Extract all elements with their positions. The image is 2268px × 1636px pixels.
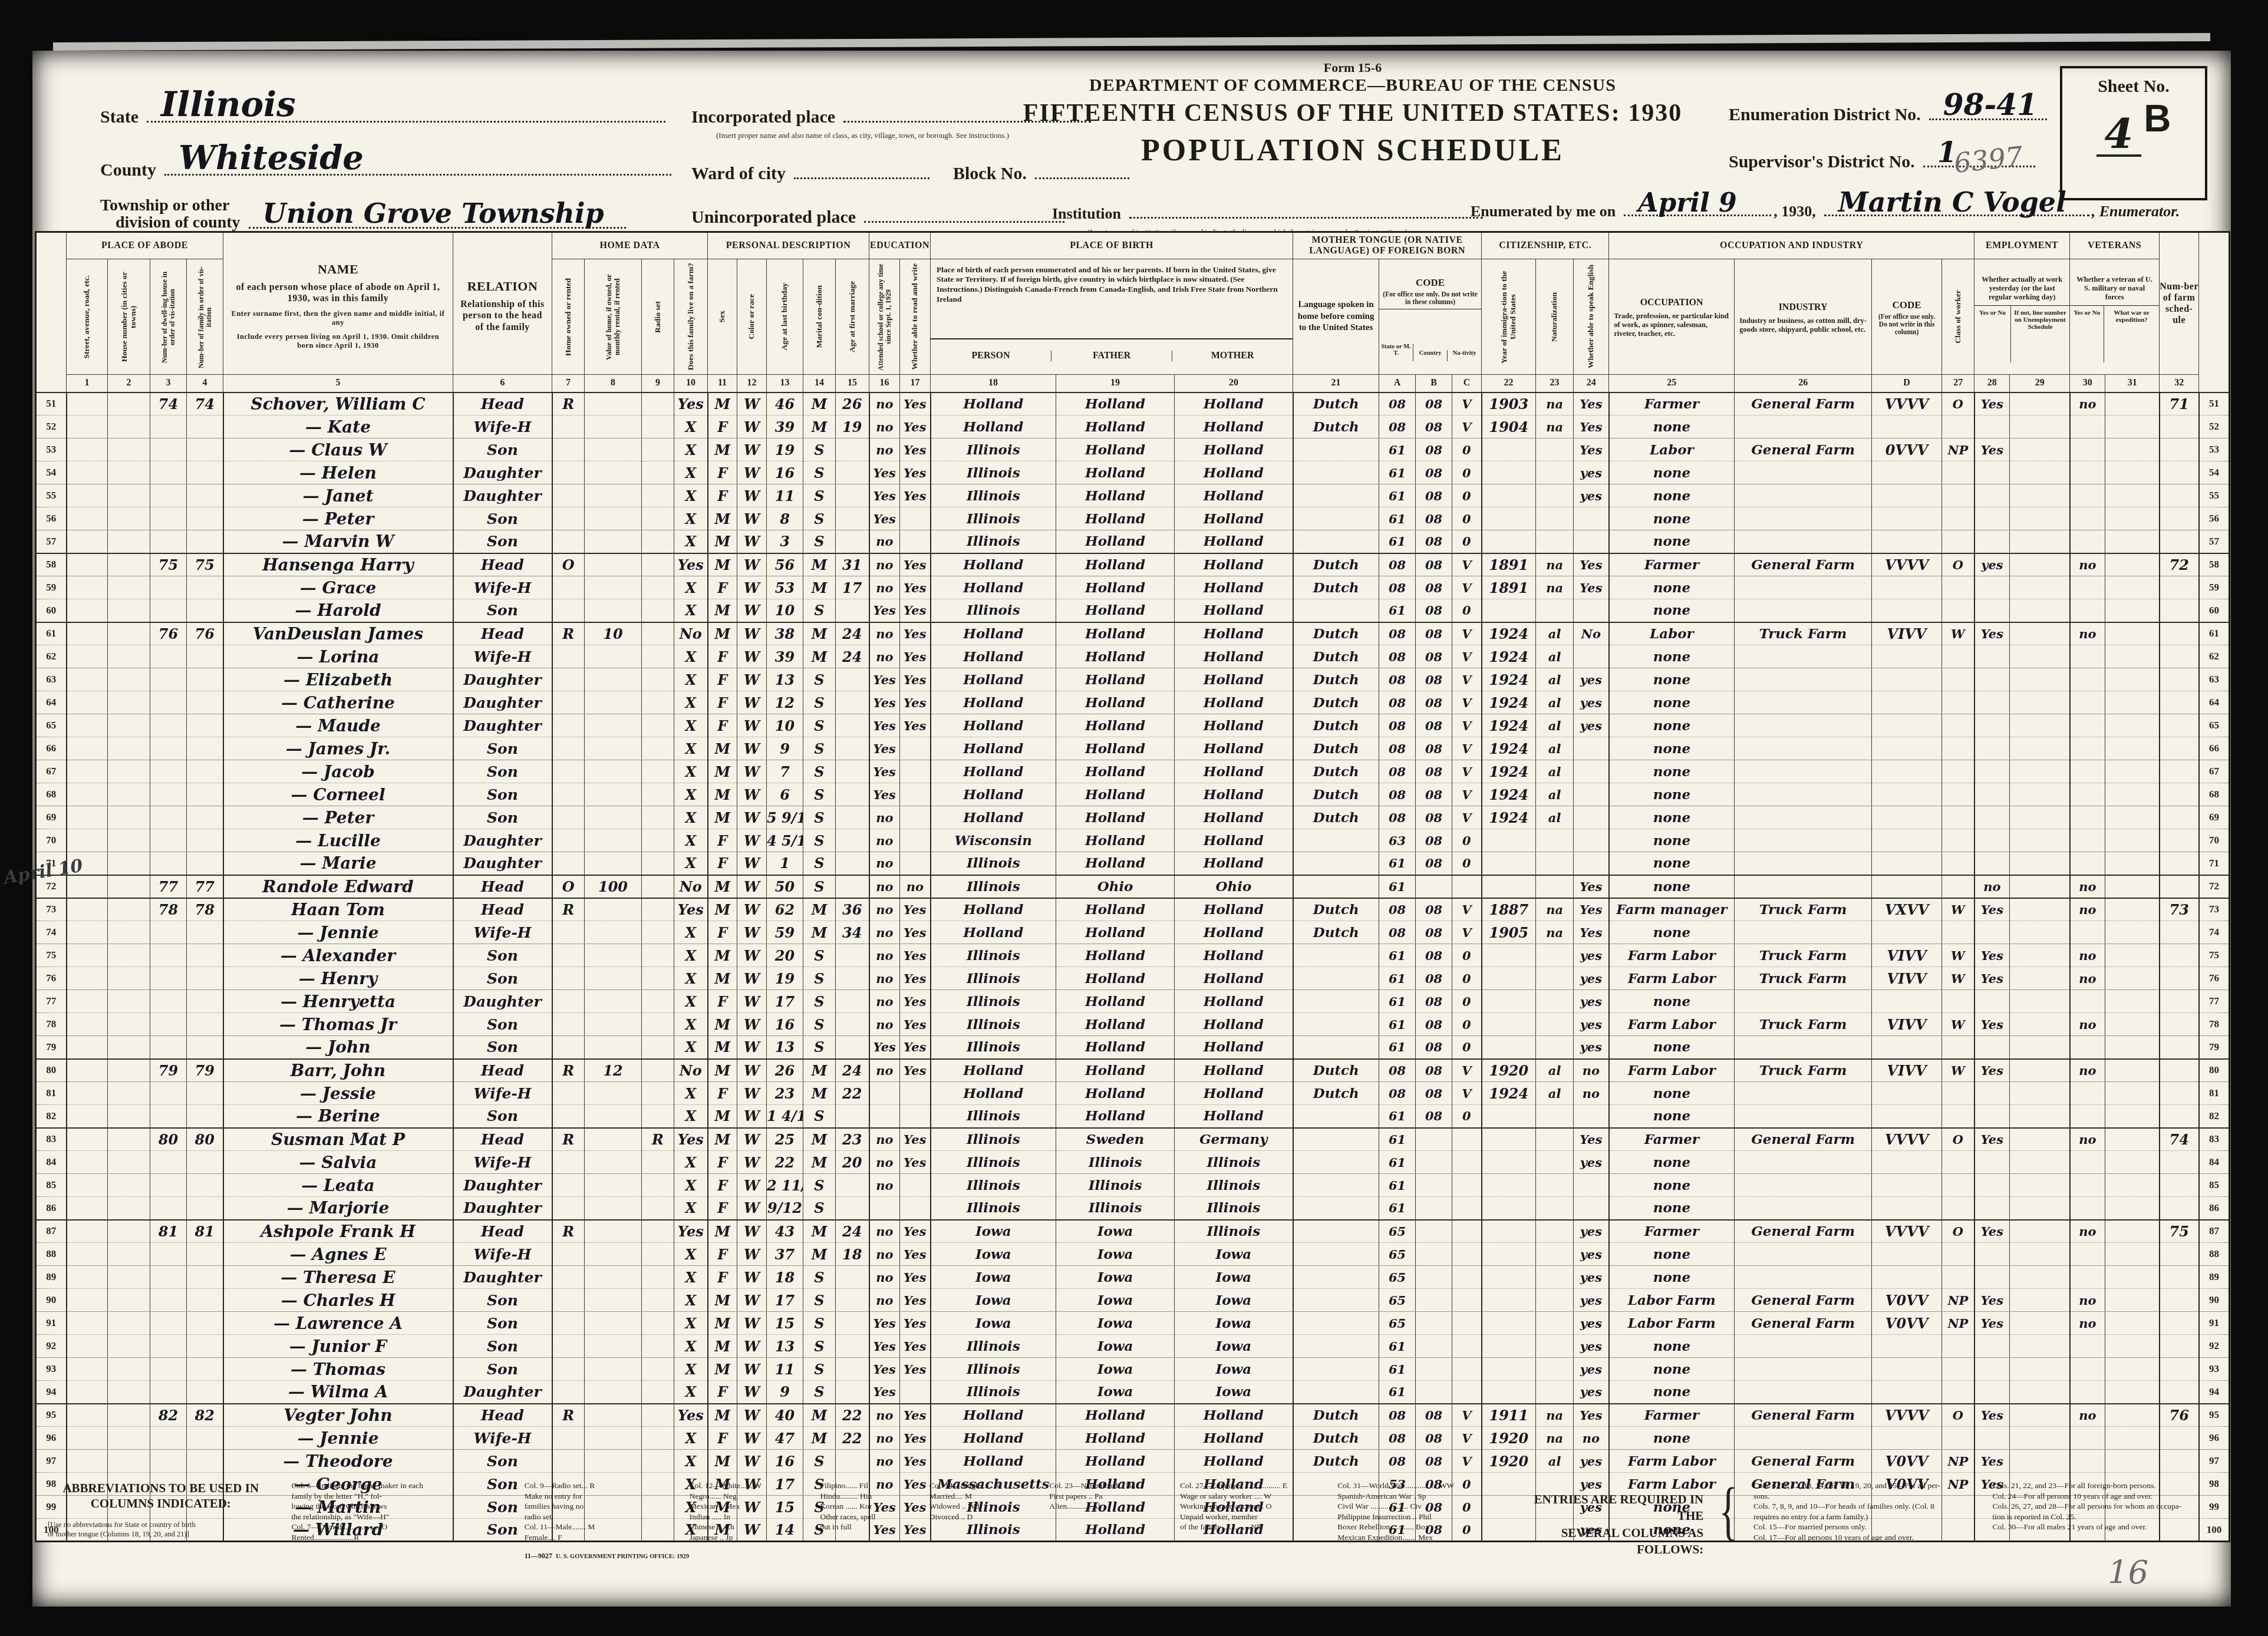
cell-marital: S (803, 461, 836, 484)
cell-dwelling-number (150, 944, 187, 967)
cell-line-number: 74 (36, 921, 67, 944)
cell-home-value (585, 1358, 642, 1381)
cell-veteran (2070, 990, 2105, 1013)
cell-relation: Daughter (453, 668, 552, 691)
cell-father-birthplace: Holland (1056, 737, 1175, 760)
cell-farm-schedule: 73 (2160, 898, 2199, 921)
cell-relation: Son (453, 507, 552, 530)
cell-unemployment-line (2010, 1266, 2070, 1289)
cell-mother-tongue: Dutch (1293, 415, 1379, 438)
cell-industry: General Farm (1735, 1128, 1872, 1151)
cell-home-owned (552, 990, 585, 1013)
cell-line-number-right: 62 (2199, 645, 2230, 668)
cell-read-write: Yes (900, 438, 931, 461)
table-row: 54 — Helen Daughter X F W 16 S Yes Yes I… (36, 461, 2230, 484)
cell-read-write: Yes (900, 921, 931, 944)
cell-line-number: 75 (36, 944, 67, 967)
group-employment: EMPLOYMENT (1974, 232, 2070, 259)
cell-color: W (737, 1174, 767, 1197)
col-class-of-worker: Class of worker (1942, 259, 1974, 375)
col-immigration-year: Year of immigra-tion to the United State… (1482, 259, 1536, 375)
cell-at-work (1974, 599, 2010, 622)
cell-street (67, 622, 108, 645)
cell-veteran (2070, 599, 2105, 622)
cell-farm-schedule (2160, 806, 2199, 829)
cell-english: yes (1574, 1151, 1609, 1174)
cell-sex: M (708, 1220, 737, 1243)
cell-relation: Son (453, 1105, 552, 1128)
cell-line-number: 63 (36, 668, 67, 691)
column-number: 3 (150, 375, 187, 392)
cell-line-number-right: 93 (2199, 1358, 2230, 1381)
cell-code-c: 0 (1452, 484, 1482, 507)
cell-class-worker (1942, 1427, 1974, 1450)
cell-read-write: Yes (900, 1450, 931, 1473)
cell-relation: Son (453, 944, 552, 967)
cell-unemployment-line (2010, 1312, 2070, 1335)
cell-unemployment-line (2010, 1197, 2070, 1220)
cell-sex: M (708, 1312, 737, 1335)
cell-school: no (869, 1013, 900, 1036)
cell-unemployment-line (2010, 783, 2070, 806)
cell-school: no (869, 990, 900, 1013)
cell-street (67, 392, 108, 415)
cell-line-number-right: 97 (2199, 1450, 2230, 1473)
cell-color: W (737, 1197, 767, 1220)
cell-at-work: Yes (1974, 1289, 2010, 1312)
cell-mother-birthplace: Holland (1175, 691, 1293, 714)
cell-read-write: Yes (900, 1128, 931, 1151)
cell-farm-schedule (2160, 1082, 2199, 1105)
cell-birthplace: Illinois (931, 599, 1056, 622)
cell-sex: F (708, 576, 737, 599)
cell-war (2105, 760, 2160, 783)
cell-birthplace: Illinois (931, 1358, 1056, 1381)
cell-industry (1735, 576, 1872, 599)
cell-family-number: 80 (187, 1128, 223, 1151)
table-row: 91 — Lawrence A Son X M W 15 S Yes Yes I… (36, 1312, 2230, 1335)
cell-read-write (900, 760, 931, 783)
cell-marital: S (803, 1197, 836, 1220)
cell-war (2105, 1013, 2160, 1036)
cell-home-owned (552, 1427, 585, 1450)
cell-color: W (737, 875, 767, 898)
cell-naturalization: al (1536, 645, 1574, 668)
cell-at-work: Yes (1974, 1312, 2010, 1335)
cell-father-birthplace: Holland (1056, 1013, 1175, 1036)
cell-home-value: 10 (585, 622, 642, 645)
table-row: 82 — Berine Son X M W 1 4/12 S Illinois … (36, 1105, 2230, 1128)
cell-sex: F (708, 921, 737, 944)
cell-naturalization: al (1536, 1450, 1574, 1473)
industry-header: INDUSTRY Industry or business, as cotton… (1735, 259, 1872, 375)
cell-father-birthplace: Holland (1056, 898, 1175, 921)
cell-war (2105, 622, 2160, 645)
cell-family-number (187, 967, 223, 990)
cell-age: 56 (767, 553, 803, 576)
cell-name: — Charles H (223, 1289, 453, 1312)
cell-family-number (187, 576, 223, 599)
cell-family-number (187, 1174, 223, 1197)
cell-marital: S (803, 806, 836, 829)
cell-class-worker (1942, 1243, 1974, 1266)
cell-dwelling-number (150, 1266, 187, 1289)
cell-mother-birthplace: Holland (1175, 1404, 1293, 1427)
cell-line-number-right: 58 (2199, 553, 2230, 576)
cell-home-value (585, 921, 642, 944)
cell-immigration-year: 1920 (1482, 1059, 1536, 1082)
cell-house-number (108, 1450, 150, 1473)
cell-marital: S (803, 530, 836, 553)
cell-unemployment-line (2010, 461, 2070, 484)
cell-english: Yes (1574, 898, 1609, 921)
cell-code-b (1416, 1289, 1452, 1312)
cell-code-a: 61 (1379, 1381, 1416, 1404)
cell-code-b: 08 (1416, 668, 1452, 691)
cell-radio (642, 415, 674, 438)
cell-house-number (108, 898, 150, 921)
cell-mother-tongue (1293, 1174, 1379, 1197)
cell-at-work (1974, 1197, 2010, 1220)
cell-english (1574, 599, 1609, 622)
cell-age: 22 (767, 1151, 803, 1174)
table-row: 52 — Kate Wife-H X F W 39 M 19 no Yes Ho… (36, 415, 2230, 438)
cell-home-owned: O (552, 875, 585, 898)
cell-house-number (108, 484, 150, 507)
cell-radio (642, 691, 674, 714)
cell-mother-birthplace: Ohio (1175, 875, 1293, 898)
column-number: 8 (585, 375, 642, 392)
cell-farm-schedule (2160, 967, 2199, 990)
cell-immigration-year (1482, 990, 1536, 1013)
cell-father-birthplace: Holland (1056, 553, 1175, 576)
cell-father-birthplace: Iowa (1056, 1243, 1175, 1266)
cell-school: Yes (869, 507, 900, 530)
cell-code-c: 0 (1452, 1105, 1482, 1128)
cell-code-c: V (1452, 415, 1482, 438)
cell-farm-schedule (2160, 1358, 2199, 1381)
cell-english: Yes (1574, 576, 1609, 599)
group-education: EDUCATION (869, 232, 931, 259)
cell-immigration-year: 1891 (1482, 576, 1536, 599)
cell-english: no (1574, 1059, 1609, 1082)
cell-code-c: 0 (1452, 944, 1482, 967)
cell-house-number (108, 553, 150, 576)
cell-english (1574, 852, 1609, 875)
cell-mother-birthplace: Holland (1175, 530, 1293, 553)
cell-code-c: V (1452, 806, 1482, 829)
cell-father-birthplace: Holland (1056, 622, 1175, 645)
institution-label: Institution (1052, 205, 1121, 222)
cell-father-birthplace: Iowa (1056, 1358, 1175, 1381)
cell-relation: Son (453, 1335, 552, 1358)
cell-color: W (737, 967, 767, 990)
cell-farm-schedule (2160, 507, 2199, 530)
cell-relation: Head (453, 622, 552, 645)
sup-district-label: Supervisor's District No. (1729, 152, 1915, 171)
cell-naturalization (1536, 507, 1574, 530)
cell-farm-schedule (2160, 461, 2199, 484)
cell-dwelling-number (150, 1427, 187, 1450)
cell-code-a: 08 (1379, 737, 1416, 760)
cell-school: Yes (869, 1358, 900, 1381)
cell-veteran (2070, 714, 2105, 737)
cell-birthplace: Illinois (931, 1036, 1056, 1059)
cell-color: W (737, 691, 767, 714)
cell-english: Yes (1574, 438, 1609, 461)
cell-birthplace: Illinois (931, 875, 1056, 898)
cell-english: yes (1574, 714, 1609, 737)
cell-occupation: Farmer (1609, 1404, 1735, 1427)
cell-veteran (2070, 1105, 2105, 1128)
column-number: 7 (552, 375, 585, 392)
cell-class-worker (1942, 576, 1974, 599)
cell-unemployment-line (2010, 484, 2070, 507)
table-row: 51 74 74 Schover, William C Head R Yes M… (36, 392, 2230, 415)
cell-family-number (187, 438, 223, 461)
cell-mother-birthplace: Holland (1175, 1450, 1293, 1473)
cell-home-value (585, 576, 642, 599)
cell-family-number (187, 1450, 223, 1473)
cell-industry (1735, 921, 1872, 944)
cell-class-worker: O (1942, 392, 1974, 415)
cell-line-number-right: 96 (2199, 1427, 2230, 1450)
cell-naturalization (1536, 1220, 1574, 1243)
cell-immigration-year: 1903 (1482, 392, 1536, 415)
cell-code-a: 08 (1379, 392, 1416, 415)
cell-code-b: 08 (1416, 1013, 1452, 1036)
cell-home-value: 12 (585, 1059, 642, 1082)
cell-relation: Daughter (453, 1197, 552, 1220)
cell-street (67, 1404, 108, 1427)
cell-english (1574, 829, 1609, 852)
cell-birthplace: Holland (931, 415, 1056, 438)
table-row: 63 — Elizabeth Daughter X F W 13 S Yes Y… (36, 668, 2230, 691)
cell-line-number: 97 (36, 1450, 67, 1473)
cell-sex: F (708, 461, 737, 484)
cell-occupation: Labor (1609, 622, 1735, 645)
cell-age-marriage: 22 (836, 1427, 869, 1450)
cell-unemployment-line (2010, 1427, 2070, 1450)
cell-marital: S (803, 438, 836, 461)
cell-street (67, 1289, 108, 1312)
table-row: 83 80 80 Susman Mat P Head R R Yes M W 2… (36, 1128, 2230, 1151)
cell-industry (1735, 1036, 1872, 1059)
cell-farm-schedule (2160, 691, 2199, 714)
cell-marital: S (803, 944, 836, 967)
cell-age: 47 (767, 1427, 803, 1450)
cell-marital: S (803, 484, 836, 507)
cell-radio (642, 921, 674, 944)
cell-occupation: Farmer (1609, 1220, 1735, 1243)
table-row: 75 — Alexander Son X M W 20 S no Yes Ill… (36, 944, 2230, 967)
cell-father-birthplace: Illinois (1056, 1151, 1175, 1174)
cell-read-write (900, 783, 931, 806)
cell-immigration-year: 1924 (1482, 691, 1536, 714)
cell-code-b: 08 (1416, 1105, 1452, 1128)
cell-veteran: no (2070, 875, 2105, 898)
cell-name: Vegter John (223, 1404, 453, 1427)
cell-sex: M (708, 806, 737, 829)
cell-read-write (900, 1197, 931, 1220)
cell-unemployment-line (2010, 530, 2070, 553)
cell-occupation: Labor (1609, 438, 1735, 461)
cell-home-owned (552, 1105, 585, 1128)
cell-family-number (187, 1381, 223, 1404)
cell-mother-tongue (1293, 1266, 1379, 1289)
cell-street (67, 1220, 108, 1243)
cell-at-work (1974, 760, 2010, 783)
cell-home-owned (552, 484, 585, 507)
cell-relation: Head (453, 392, 552, 415)
cell-occupation: none (1609, 783, 1735, 806)
cell-mother-tongue (1293, 1243, 1379, 1266)
table-row: 62 — Lorina Wife-H X F W 39 M 24 no Yes … (36, 645, 2230, 668)
cell-father-birthplace: Holland (1056, 668, 1175, 691)
cell-mother-tongue: Dutch (1293, 898, 1379, 921)
cell-mother-tongue (1293, 484, 1379, 507)
cell-mother-birthplace: Iowa (1175, 1358, 1293, 1381)
cell-dwelling-number: 80 (150, 1128, 187, 1151)
cell-farm: X (674, 691, 708, 714)
cell-color: W (737, 576, 767, 599)
cell-relation: Daughter (453, 484, 552, 507)
cell-age: 16 (767, 1013, 803, 1036)
cell-naturalization (1536, 1036, 1574, 1059)
cell-unemployment-line (2010, 1174, 2070, 1197)
cell-unemployment-line (2010, 806, 2070, 829)
cell-occupation: Farmer (1609, 1128, 1735, 1151)
cell-family-number (187, 1243, 223, 1266)
cell-farm-schedule (2160, 921, 2199, 944)
cell-mother-tongue: Dutch (1293, 1427, 1379, 1450)
cell-home-value (585, 1082, 642, 1105)
pencil-number-bottom: 16 (2108, 1554, 2148, 1591)
cell-occupation: Farm Labor (1609, 967, 1735, 990)
col-house-number: House number (in cities or towns) (108, 259, 150, 375)
cell-age: 53 (767, 576, 803, 599)
cell-industry (1735, 1358, 1872, 1381)
cell-english: Yes (1574, 1404, 1609, 1427)
cell-occupation: none (1609, 1174, 1735, 1197)
cell-radio (642, 1243, 674, 1266)
cell-at-work: Yes (1974, 967, 2010, 990)
cell-age-marriage: 24 (836, 1059, 869, 1082)
cell-code-c (1452, 1220, 1482, 1243)
cell-read-write (900, 1174, 931, 1197)
cell-radio (642, 760, 674, 783)
cell-war (2105, 392, 2160, 415)
cell-english: Yes (1574, 921, 1609, 944)
cell-code-b (1416, 1128, 1452, 1151)
cell-marital: M (803, 1082, 836, 1105)
cell-code-c: V (1452, 714, 1482, 737)
cell-war (2105, 1220, 2160, 1243)
cell-mother-tongue (1293, 1013, 1379, 1036)
cell-birthplace: Holland (931, 1082, 1056, 1105)
cell-father-birthplace: Holland (1056, 944, 1175, 967)
cell-code-d (1872, 760, 1942, 783)
cell-english: yes (1574, 1450, 1609, 1473)
cell-family-number (187, 1105, 223, 1128)
cell-relation: Daughter (453, 714, 552, 737)
cell-immigration-year: 1911 (1482, 1404, 1536, 1427)
cell-unemployment-line (2010, 875, 2070, 898)
cell-mother-birthplace: Holland (1175, 1036, 1293, 1059)
cell-home-owned: R (552, 1220, 585, 1243)
cell-birthplace: Holland (931, 921, 1056, 944)
col-dwelling-number: Num-ber of dwell-ing house in order of v… (150, 259, 187, 375)
cell-farm: Yes (674, 1128, 708, 1151)
cell-industry: Truck Farm (1735, 967, 1872, 990)
cell-industry: Truck Farm (1735, 898, 1872, 921)
cell-radio (642, 1450, 674, 1473)
cell-age-marriage (836, 1266, 869, 1289)
cell-code-b: 08 (1416, 990, 1452, 1013)
cell-radio (642, 737, 674, 760)
cell-code-c (1452, 1381, 1482, 1404)
cell-family-number (187, 1312, 223, 1335)
cell-home-owned (552, 645, 585, 668)
cell-war (2105, 875, 2160, 898)
cell-code-b: 08 (1416, 714, 1452, 737)
cell-home-owned (552, 1082, 585, 1105)
cell-school: no (869, 1151, 900, 1174)
cell-relation: Daughter (453, 829, 552, 852)
cell-line-number-right: 59 (2199, 576, 2230, 599)
cell-line-number: 54 (36, 461, 67, 484)
cell-color: W (737, 944, 767, 967)
cell-english: yes (1574, 1266, 1609, 1289)
cell-father-birthplace: Holland (1056, 852, 1175, 875)
cell-family-number (187, 990, 223, 1013)
table-row: 89 — Theresa E Daughter X F W 18 S no Ye… (36, 1266, 2230, 1289)
cell-industry: General Farm (1735, 1404, 1872, 1427)
cell-mother-tongue: Dutch (1293, 645, 1379, 668)
footer: ABBREVIATIONS TO BE USED IN COLUMNS INDI… (48, 1480, 2217, 1561)
cell-immigration-year (1482, 967, 1536, 990)
cell-relation: Head (453, 553, 552, 576)
cell-street (67, 1105, 108, 1128)
cell-home-owned (552, 1312, 585, 1335)
abbrev-col31: Col. 31—World War ................ WW Sp… (1337, 1480, 1494, 1542)
county-underline: Whiteside (164, 168, 671, 176)
cell-dwelling-number (150, 691, 187, 714)
cell-farm: X (674, 438, 708, 461)
cell-veteran: no (2070, 1059, 2105, 1082)
cell-read-write: Yes (900, 484, 931, 507)
cell-war (2105, 415, 2160, 438)
cell-mother-birthplace: Holland (1175, 1013, 1293, 1036)
cell-birthplace: Illinois (931, 1174, 1056, 1197)
cell-english: yes (1574, 1381, 1609, 1404)
cell-family-number: 75 (187, 553, 223, 576)
cell-school: no (869, 1266, 900, 1289)
cell-code-d: VIVV (1872, 944, 1942, 967)
cell-war (2105, 714, 2160, 737)
cell-occupation: none (1609, 806, 1735, 829)
cell-sex: M (708, 599, 737, 622)
cell-code-b: 08 (1416, 1059, 1452, 1082)
cell-school (869, 1082, 900, 1105)
cell-immigration-year: 1924 (1482, 668, 1536, 691)
cell-unemployment-line (2010, 576, 2070, 599)
cell-age: 13 (767, 1036, 803, 1059)
cell-code-b: 08 (1416, 1036, 1452, 1059)
cell-dwelling-number (150, 921, 187, 944)
cell-english: Yes (1574, 1128, 1609, 1151)
table-row: 81 — Jessie Wife-H X F W 23 M 22 Holland… (36, 1082, 2230, 1105)
